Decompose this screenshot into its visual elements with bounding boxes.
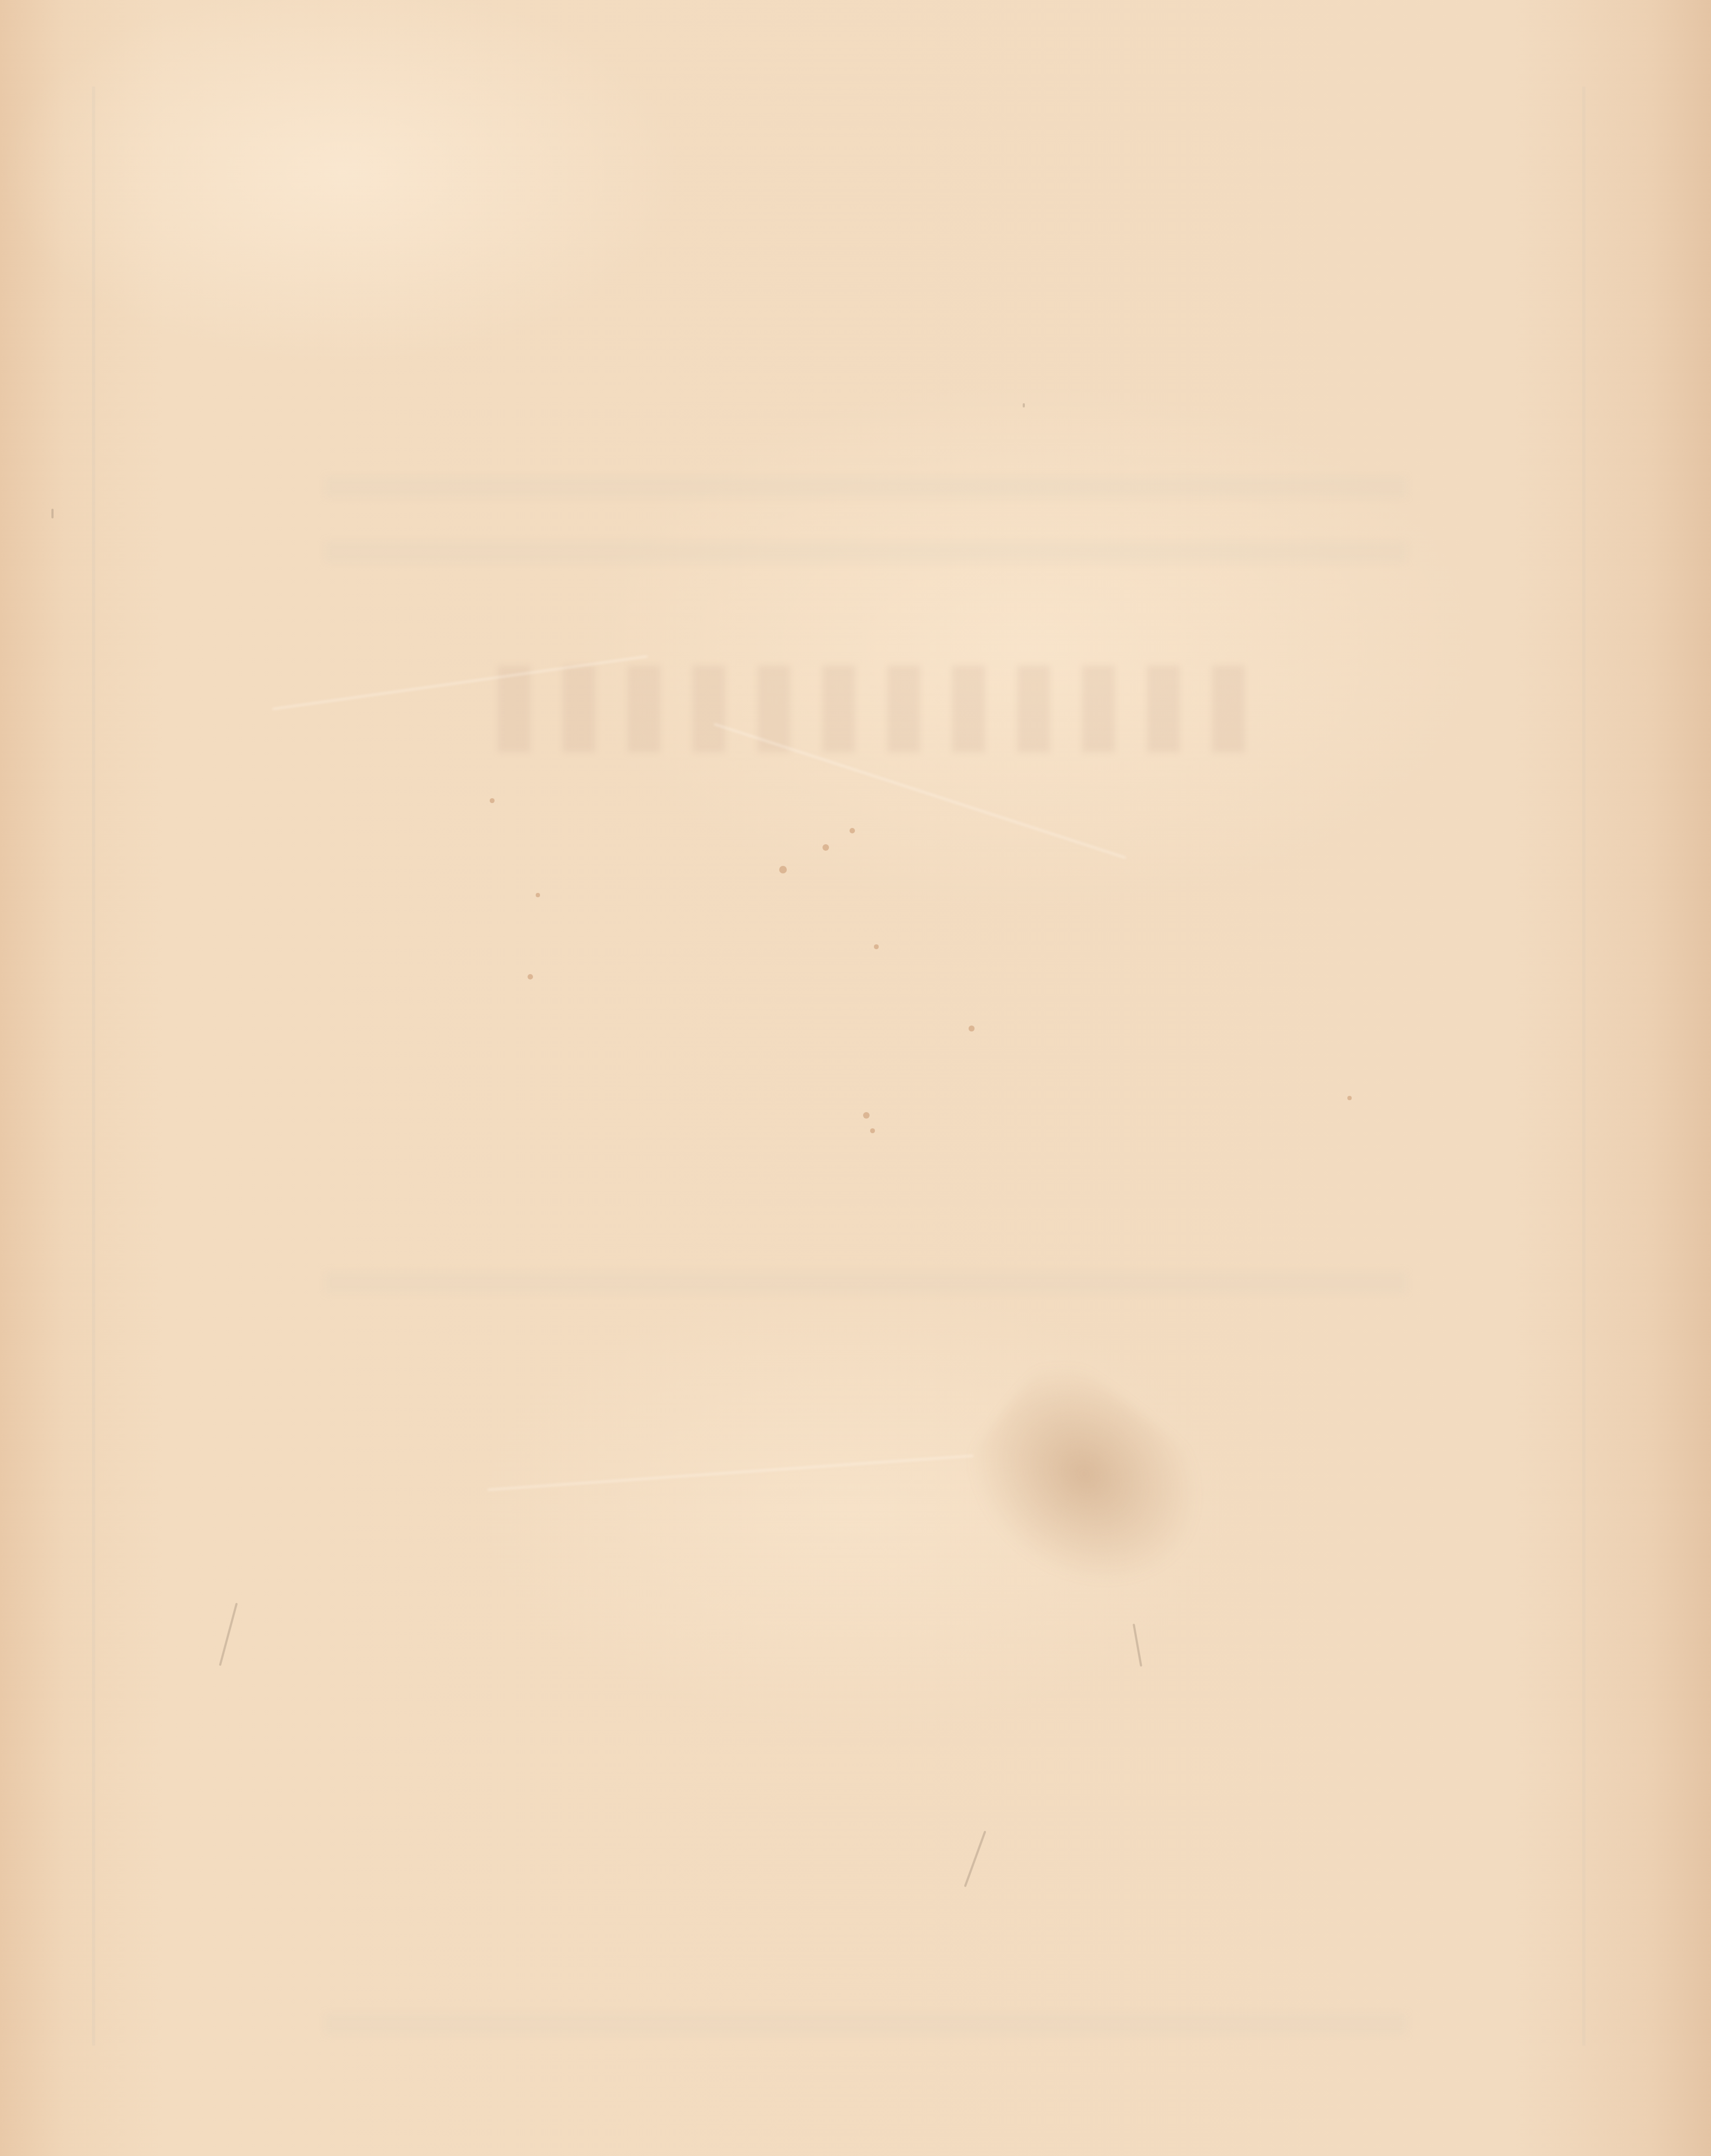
bleed-through-line [325,1272,1407,1293]
foxing-spot [490,798,495,803]
faint-print-area-outline [92,87,1585,2046]
foxing-spot [874,944,879,949]
foxing-spot [850,828,855,833]
foxing-spot [779,866,787,873]
dark-speck [1023,403,1025,407]
bleed-through-line [325,541,1407,563]
foxing-spot [822,844,829,851]
foxing-spot [528,974,533,980]
dark-speck [51,509,54,518]
foxing-spot [1347,1096,1352,1100]
foxing-spot [870,1128,875,1133]
bleed-through-title [465,666,1255,752]
paper-page [0,0,1711,2156]
bleed-through-line [325,2013,1407,2035]
bleed-through-line [325,476,1407,498]
foxing-spot [863,1112,870,1119]
foxing-spot [536,893,540,897]
foxing-spot [969,1026,975,1031]
